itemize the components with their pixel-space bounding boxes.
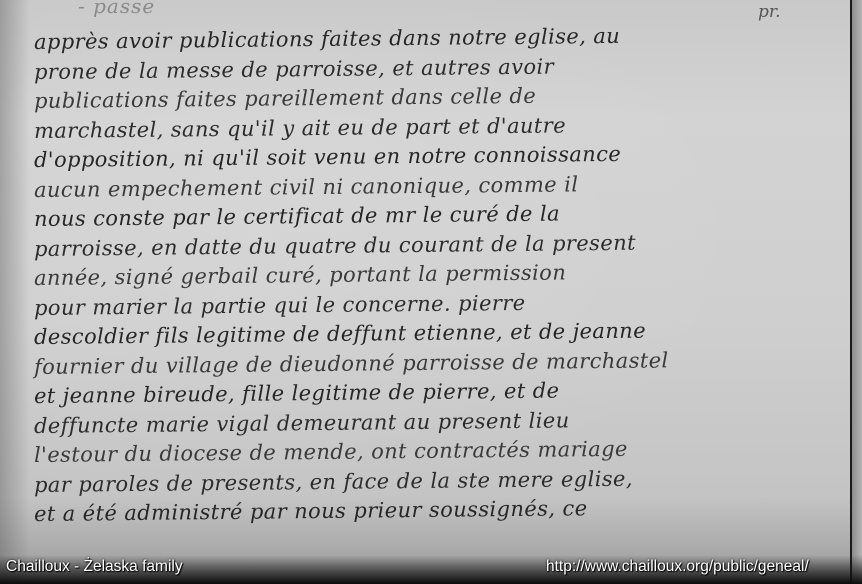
watermark-family-name: Chailloux - Żelaska family — [6, 558, 183, 576]
next-page-edge — [852, 0, 862, 584]
margin-note: pr. — [758, 2, 781, 22]
manuscript-scan: - passe pr. apprès avoir publications fa… — [0, 0, 862, 584]
watermark-url: http://www.chailloux.org/public/geneal/ — [546, 558, 809, 576]
handwritten-text: apprès avoir publications faites dans no… — [34, 28, 850, 530]
header-fragment: - passe — [78, 0, 155, 18]
page-shadow — [0, 0, 30, 584]
